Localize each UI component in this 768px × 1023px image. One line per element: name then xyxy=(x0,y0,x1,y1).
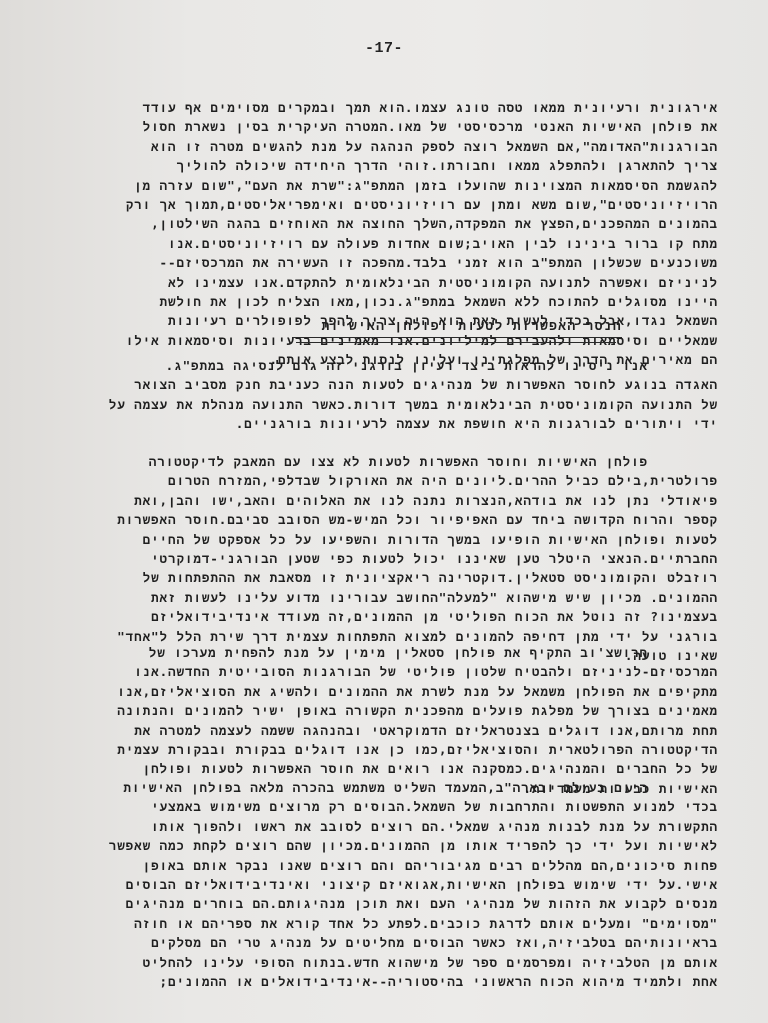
text-line: ידי ויתורים לבורגנות היא חושפת את עצמה ל… xyxy=(70,414,718,433)
text-line: צריך להתארגן ולהתפלג ממאו וחבורתו.זוהי ה… xyxy=(70,156,718,175)
text-line: הבורגנות"האדומה",אם השמאל רוצה לספק הנהג… xyxy=(70,137,718,156)
text-line: של כל החברים והמנהיגים.כמסקנה אנו רואים … xyxy=(70,759,718,778)
text-line: רוזבלט והקומוניסט סטאלין.דוקטרינה ריאקצי… xyxy=(70,568,718,587)
text-line: את פולחן האישיות האנטי מרכסיסטי של מאו.ה… xyxy=(70,117,718,136)
heading-underline xyxy=(292,337,622,338)
text-line: החברתיים.הנאצי היטלר טען שאיננו יכול לטע… xyxy=(70,549,718,568)
text-line: בעצמינו? זה נוטל את הכוח הפוליטי מן ההמו… xyxy=(70,607,718,626)
text-line: ההמונים. מכיון שיש מישהוא "למעלה"החושב ע… xyxy=(70,588,718,607)
text-line: פרולטרית,בילם כביל ההרים.ליונים היה את ה… xyxy=(70,471,718,490)
text-line: המרכסיזם-לניניזם ולהבטיח שלטון פוליטי של… xyxy=(70,662,718,681)
section-heading: חנסר האפשרות לטעות ופולחן האישיות xyxy=(292,317,622,337)
text-line: להגשמת הסיסמאות המצוינות שהועלו בזמן המת… xyxy=(70,176,718,195)
text-line: מנסים לקבוע את הזהות של מנהיגי העם ואת ת… xyxy=(70,894,718,913)
text-line: אישי.על ידי שימוש בפולחן האישיות,אגואיזם… xyxy=(70,875,718,894)
text-line: לניניזם ואפשרה לתנועה הקומוניסטית הבינלא… xyxy=(70,273,718,292)
text-line: התקשורת על מנת לבנות מנהיג שמאלי.הם רוצי… xyxy=(70,817,718,836)
text-line: אחת ולתמיד מיהוא הכוח הראשוני בהיסטוריה-… xyxy=(70,972,718,991)
text-line: אנו ניסינו להראות ביצד רעיון בורגני זה ג… xyxy=(70,356,718,375)
text-line: היינו מסוגלים להתוכח ללא השמאל במתפ"ג.נכ… xyxy=(70,292,718,311)
paragraph-5: היום בעולם ובארה"ב,המעמד השליט משתמש בהכ… xyxy=(70,778,718,991)
text-line: בכדי למנוע התפשטות והתרחבות של השמאל.הבו… xyxy=(70,797,718,816)
text-line: בראיונותיהם בטלביזיה,ואז כאשר הבוסים מחל… xyxy=(70,933,718,952)
text-line: הדיקטטורה הפרולטארית והסוציאליזם,כמו כן … xyxy=(70,740,718,759)
text-line: פחות סיכונים,הם מהללים רבים מגיבוריהם וה… xyxy=(70,856,718,875)
page-number: -17- xyxy=(0,40,768,57)
text-line: לאישיות ועל ידי כך להפריד אותו מן ההמוני… xyxy=(70,836,718,855)
text-line: פיאודלי נתן לנו את בודהא,הנצרות נתנה לנו… xyxy=(70,491,718,510)
text-line: הרויזיוניסטים",שום משא ומתן עם רויזיוניס… xyxy=(70,195,718,214)
paragraph-3: פולחן האישיות וחוסר האפשרות לטעות לא צצו… xyxy=(70,452,718,665)
text-line: אירגונית ורעיונית ממאו טסה טונג עצמו.הוא… xyxy=(70,98,718,117)
text-line: האגדה בנוגע לחוסר האפשרות של מנהיגים לטע… xyxy=(70,375,718,394)
text-line: חרושצ'וב התקיף את פולחן סטאלין מימין על … xyxy=(70,643,718,662)
section-heading-text: חנסר האפשרות לטעות ופולחן האישיות xyxy=(322,319,622,334)
text-line: לטעות ופולחן האישיות הופיעו במשך הדורות … xyxy=(70,530,718,549)
text-line: תחת מרותם,אנו דוגלים בצנטראליזם הדמוקראט… xyxy=(70,721,718,740)
paragraph-4: חרושצ'וב התקיף את פולחן סטאלין מימין על … xyxy=(70,643,718,798)
text-line: מאמינים בצורך של מפלגת פועלים מהפכנית הק… xyxy=(70,701,718,720)
paragraph-2: אנו ניסינו להראות ביצד רעיון בורגני זה ג… xyxy=(70,356,718,434)
text-line: מתח קו ברור בינינו לבין האויב;שום אחדות … xyxy=(70,234,718,253)
text-line: פולחן האישיות וחוסר האפשרות לטעות לא צצו… xyxy=(70,452,718,471)
text-line: מתקיפים את הפולחן משמאל על מנת לשרת את ה… xyxy=(70,682,718,701)
text-line: של התנועה הקומוניסטית הבינלאומית במשך דו… xyxy=(70,395,718,414)
text-line: "מסוימים" ומעלים אותם לדרגת כוכבים.לפתע … xyxy=(70,914,718,933)
text-line: משוכנעים שכשלון המתפ"ב הוא זמני בלבד.מהפ… xyxy=(70,253,718,272)
document-page: -17- אירגונית ורעיונית ממאו טסה טונג עצמ… xyxy=(0,0,768,1023)
text-line: אותם מן הטלביזיה ומפרסמים ספר של מישהוא … xyxy=(70,953,718,972)
text-line: היום בעולם ובארה"ב,המעמד השליט משתמש בהכ… xyxy=(70,778,718,797)
heading-double-underline xyxy=(296,342,616,343)
text-line: בהמונים המהפכנים,הפצץ את המפקדה,השלך החו… xyxy=(70,214,718,233)
text-line: קספר והרוח הקדושה ביחד עם האפיפיור וכל ה… xyxy=(70,510,718,529)
